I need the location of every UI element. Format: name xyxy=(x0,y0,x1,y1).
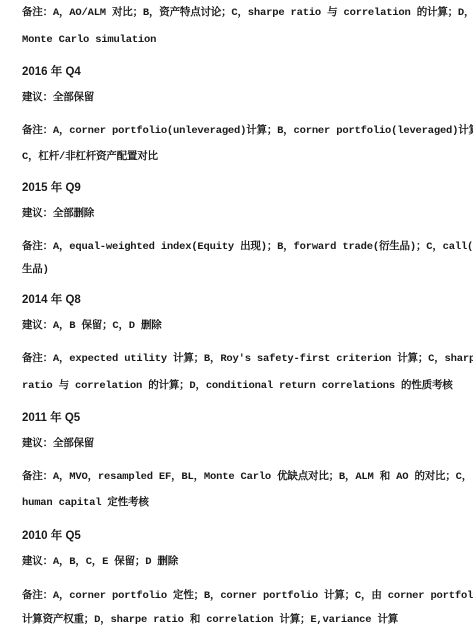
section-heading: 2016 年 Q4 xyxy=(22,65,81,79)
note-line: human capital 定性考核 xyxy=(22,496,149,510)
note-line: 备注：A，expected utility 计算；B，Roy's safety-… xyxy=(22,352,473,366)
note-line: 生品) xyxy=(22,263,49,277)
section-heading: 2011 年 Q5 xyxy=(22,411,80,425)
note-line: 计算资产权重；D，sharpe ratio 和 correlation 计算；E… xyxy=(22,613,398,627)
note-line: 备注：A，corner portfolio 定性；B，corner portfo… xyxy=(22,589,473,603)
suggestion-line: 建议：全部保留 xyxy=(22,91,94,105)
note-line: 备注：A，AO/ALM 对比；B，资产特点讨论；C，sharpe ratio 与… xyxy=(22,6,473,20)
section-heading: 2010 年 Q5 xyxy=(22,529,81,543)
suggestion-line: 建议：全部删除 xyxy=(22,207,94,221)
note-line: Monte Carlo simulation xyxy=(22,33,156,47)
note-line: 备注：A，MVO，resampled EF，BL，Monte Carlo 优缺点… xyxy=(22,470,472,484)
note-line: 备注：A，corner portfolio(unleveraged)计算；B，c… xyxy=(22,124,473,138)
section-heading: 2015 年 Q9 xyxy=(22,181,81,195)
note-line: 备注：A，equal-weighted index(Equity 出现)；B，f… xyxy=(22,240,473,254)
note-line: ratio 与 correlation 的计算；D，conditional re… xyxy=(22,379,453,393)
suggestion-line: 建议：A，B，C，E 保留；D 删除 xyxy=(22,555,178,569)
section-heading: 2014 年 Q8 xyxy=(22,293,81,307)
note-line: C，杠杆/非杠杆资产配置对比 xyxy=(22,150,158,164)
suggestion-line: 建议：A，B 保留；C，D 删除 xyxy=(22,319,162,333)
suggestion-line: 建议：全部保留 xyxy=(22,437,94,451)
